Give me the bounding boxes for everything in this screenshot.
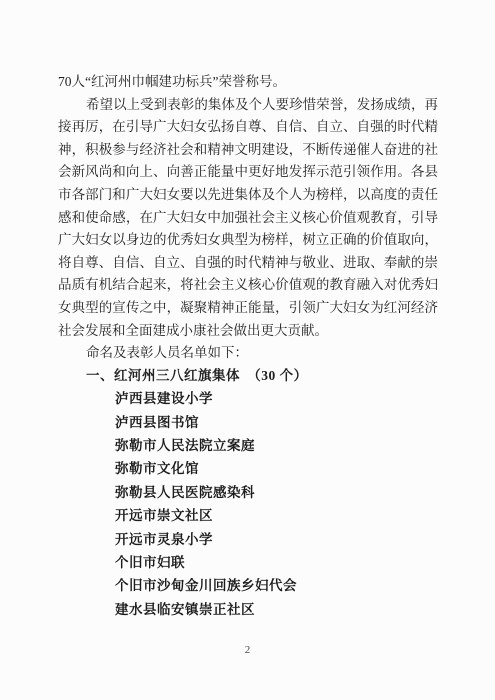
paragraph-line: 会新风尚和向上、向善正能量中更好地发挥示范引领作用。各县 [58,161,438,184]
paragraph-line: 希望以上受到表彰的集体及个人要珍惜荣誉，发扬成绩，再 [58,94,438,117]
list-intro: 命名及表彰人员名单如下： [58,342,438,365]
paragraph-line: 广大妇女以身边的优秀妇女典型为榜样，树立正确的价值取向， [58,229,438,252]
paragraph-line: 品质有机结合起来，将社会主义核心价值观的教育融入对优秀妇 [58,274,438,297]
section-heading: 一、红河州三八红旗集体 （30 个） [58,365,438,388]
paragraph-line: 将自尊、自信、自立、自强的时代精神与敬业、进取、奉献的崇高 [58,252,438,275]
award-list-item: 个旧市沙甸金川回族乡妇代会 [115,574,438,597]
award-list-item: 开远市崇文社区 [115,504,438,527]
paragraph-line: 社会发展和全面建成小康社会做出更大贡献。 [58,320,438,343]
body-line-opening: 70人“红河州巾帼建功标兵”荣誉称号。 [58,71,438,94]
award-list-item: 弥勒市人民法院立案庭 [115,434,438,457]
page-number: 2 [0,644,495,656]
award-list-item: 个旧市妇联 [115,551,438,574]
award-list-item: 弥勒市文化馆 [115,457,438,480]
award-list: 泸西县建设小学 泸西县图书馆 弥勒市人民法院立案庭 弥勒市文化馆 弥勒县人民医院… [58,387,438,621]
paragraph-line: 接再厉，在引导广大妇女弘扬自尊、自信、自立、自强的时代精 [58,116,438,139]
document-page: 70人“红河州巾帼建功标兵”荣誉称号。 希望以上受到表彰的集体及个人要珍惜荣誉，… [0,0,495,700]
award-list-item: 开远市灵泉小学 [115,528,438,551]
paragraph-line: 女典型的宣传之中，凝聚精神正能量，引领广大妇女为红河经济 [58,297,438,320]
award-list-item: 建水县临安镇崇正社区 [115,598,438,621]
award-list-item: 弥勒县人民医院感染科 [115,481,438,504]
paragraph-line: 神，积极参与经济社会和精神文明建设，不断传递催人奋进的社 [58,139,438,162]
paragraph-line: 感和使命感，在广大妇女中加强社会主义核心价值观教育，引导 [58,207,438,230]
document-body: 70人“红河州巾帼建功标兵”荣誉称号。 希望以上受到表彰的集体及个人要珍惜荣誉，… [58,71,438,621]
paragraph-line: 市各部门和广大妇女要以先进集体及个人为榜样，以高度的责任 [58,184,438,207]
award-list-item: 泸西县图书馆 [115,411,438,434]
award-list-item: 泸西县建设小学 [115,387,438,410]
